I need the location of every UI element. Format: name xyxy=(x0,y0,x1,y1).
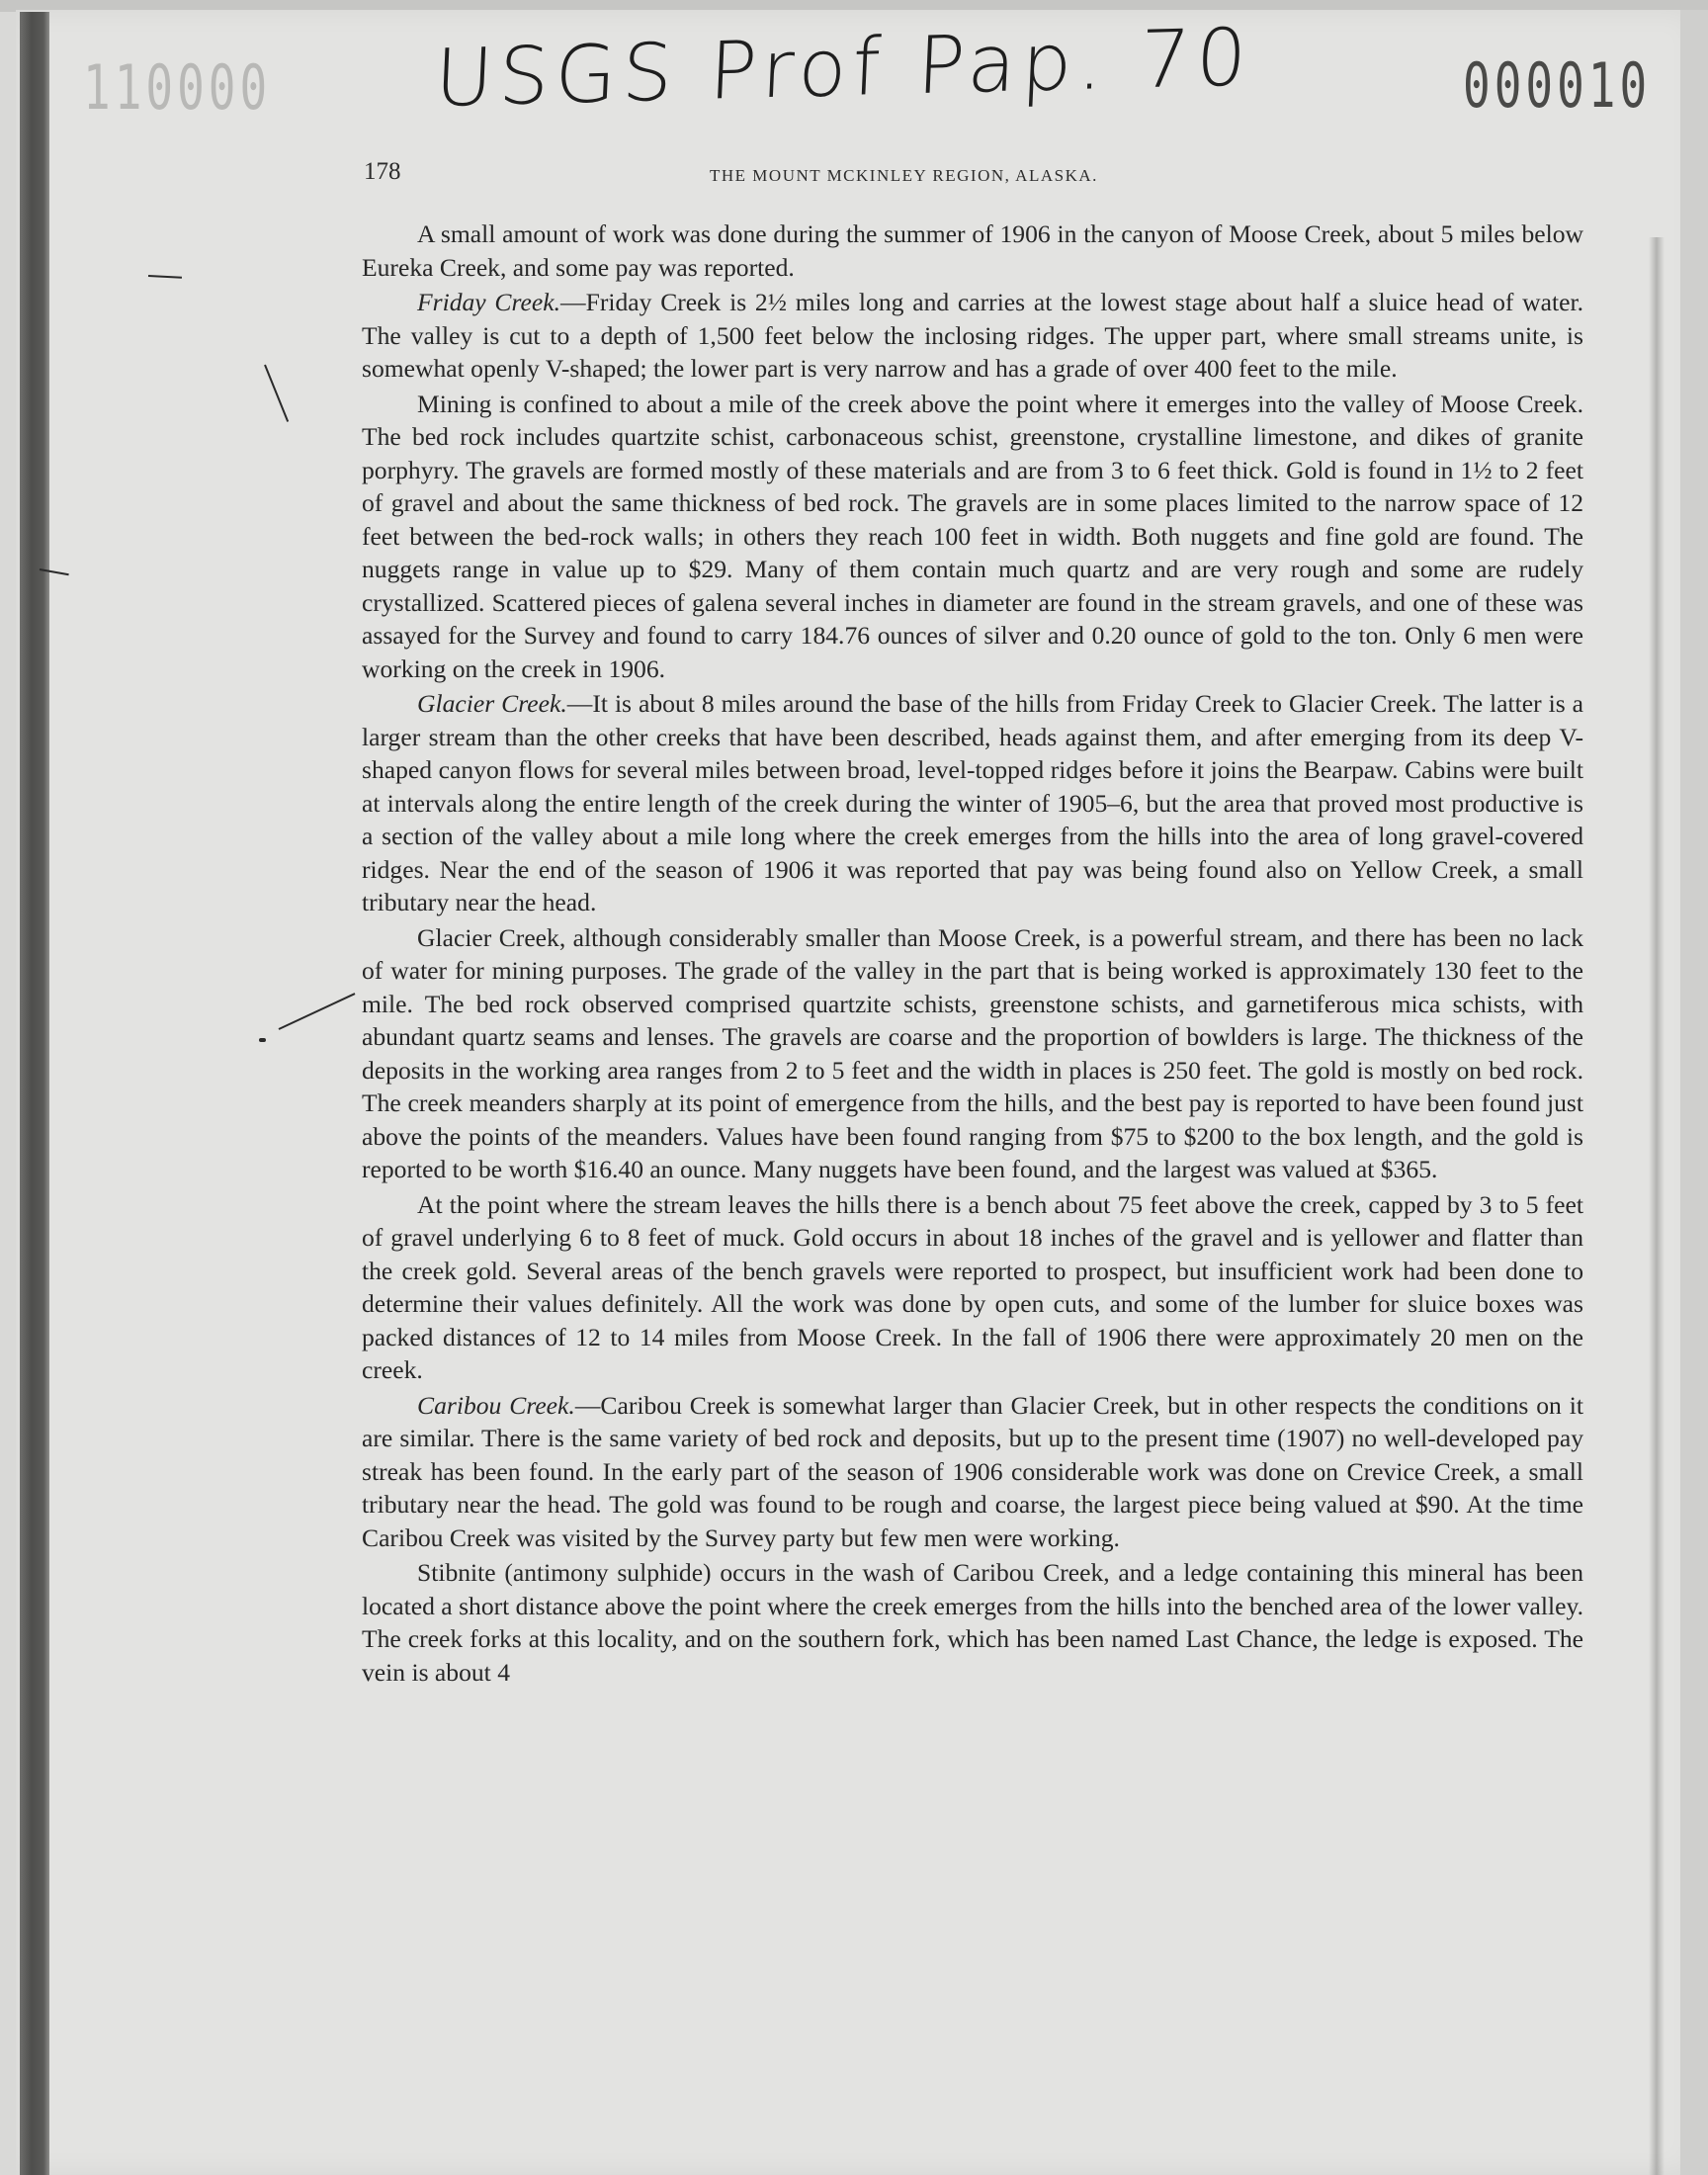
binding-shadow xyxy=(20,12,49,2175)
paragraph-caribou-creek: Caribou Creek.—Caribou Creek is somewhat… xyxy=(362,1389,1583,1555)
run-in-heading: Caribou Creek. xyxy=(417,1391,575,1420)
paragraph-glacier-bench: At the point where the stream leaves the… xyxy=(362,1188,1583,1387)
frame-stamp-right: 000010 xyxy=(1463,49,1651,122)
paragraph-friday-mining: Mining is confined to about a mile of th… xyxy=(362,388,1583,686)
right-margin-shadow xyxy=(1649,237,1665,2175)
paragraph-glacier-stream: Glacier Creek, although considerably sma… xyxy=(362,921,1583,1186)
paragraph-moose-creek: A small amount of work was done during t… xyxy=(362,217,1583,284)
run-in-heading: Glacier Creek. xyxy=(417,689,567,718)
frame-stamp-left: 110000 xyxy=(83,51,271,124)
page-number: 178 xyxy=(364,158,401,186)
paragraph-glacier-creek: Glacier Creek.—It is about 8 miles aroun… xyxy=(362,687,1583,919)
body-text: A small amount of work was done during t… xyxy=(362,217,1583,1689)
running-head: 178 The Mount McKinley Region, Alaska. xyxy=(364,158,1581,188)
paragraph-friday-creek: Friday Creek.—Friday Creek is 2½ miles l… xyxy=(362,286,1583,386)
run-in-heading: Friday Creek. xyxy=(417,288,560,316)
running-title: The Mount McKinley Region, Alaska. xyxy=(710,166,1098,186)
scan-right-edge xyxy=(1680,10,1708,2175)
margin-mark-dot xyxy=(259,1038,266,1042)
paragraph-stibnite: Stibnite (antimony sulphide) occurs in t… xyxy=(362,1556,1583,1689)
